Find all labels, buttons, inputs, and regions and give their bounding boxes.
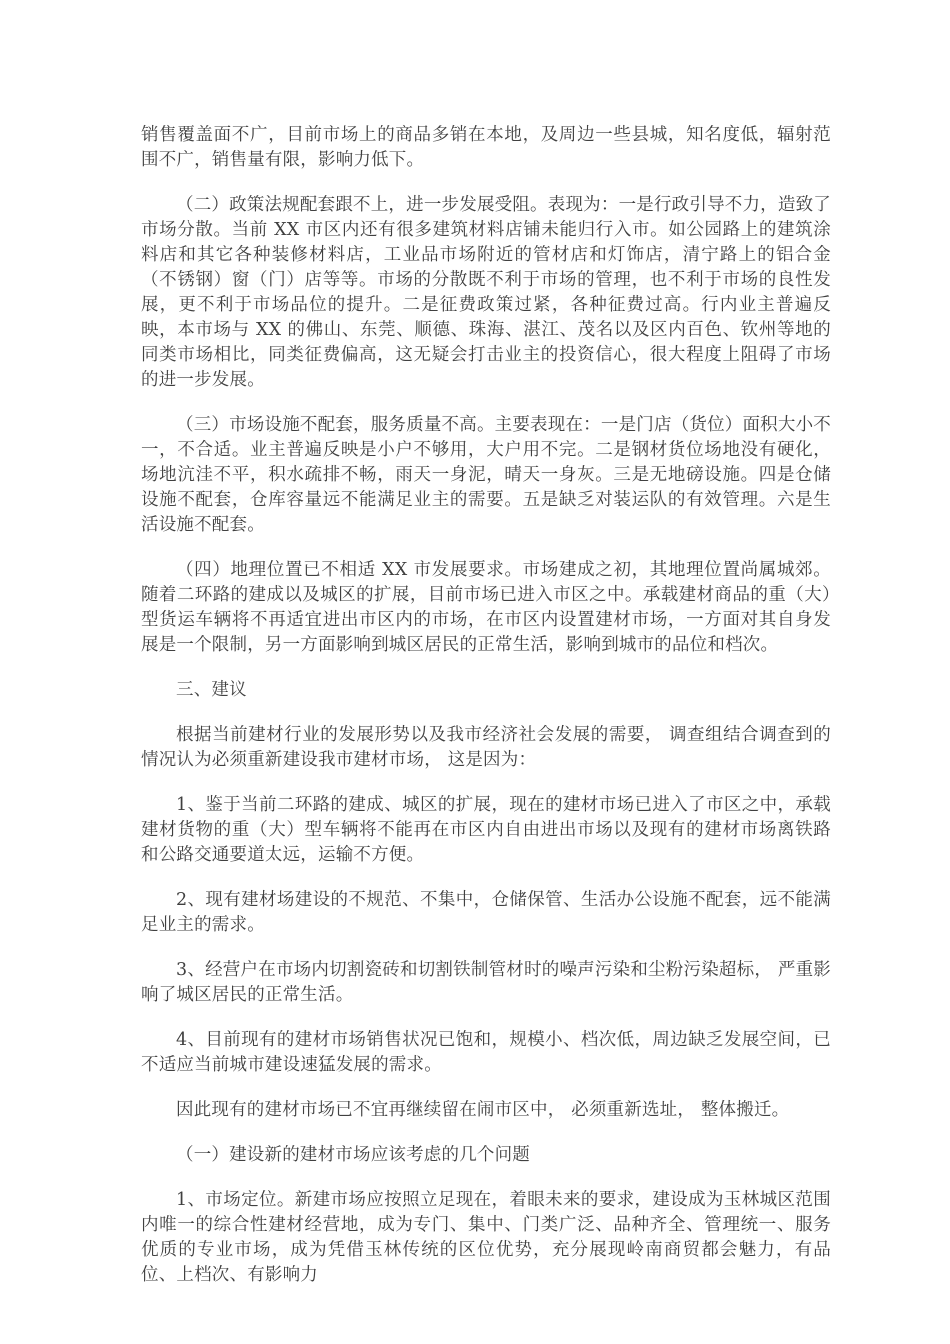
paragraph-reason-4: 4、目前现有的建材市场销售状况已饱和，规模小、档次低，周边缺乏发展空间，已不适应… <box>141 1028 831 1078</box>
paragraph-reason-3: 3、经营户在市场内切割瓷砖和切割铁制管材时的噪声污染和尘粉污染超标， 严重影响了… <box>141 958 831 1008</box>
paragraph-sales-coverage-continuation: 销售覆盖面不广，目前市场上的商品多销在本地，及周边一些县城，知名度低，辐射范围不… <box>141 123 831 173</box>
paragraph-section-4-location: （四）地理位置已不相适 XX 市发展要求。市场建成之初，其地理位置尚属城郊。随着… <box>141 558 831 658</box>
paragraph-suggestions-basis: 根据当前建材行业的发展形势以及我市经济社会发展的需要， 调查组结合调查到的情况认… <box>141 723 831 773</box>
heading-issues-to-consider: （一）建设新的建材市场应该考虑的几个问题 <box>141 1143 831 1168</box>
paragraph-reason-2: 2、现有建材场建设的不规范、不集中，仓储保管、生活办公设施不配套，远不能满足业主… <box>141 888 831 938</box>
paragraph-reason-1: 1、鉴于当前二环路的建成、城区的扩展，现在的建材市场已进入了市区之中，承载建材货… <box>141 793 831 868</box>
document-body: 销售覆盖面不广，目前市场上的商品多销在本地，及周边一些县城，知名度低，辐射范围不… <box>141 123 831 1308</box>
heading-suggestions: 三、建议 <box>141 678 831 703</box>
paragraph-section-3-facilities: （三）市场设施不配套，服务质量不高。主要表现在：一是门店（货位）面积大小不一，不… <box>141 413 831 538</box>
paragraph-market-positioning: 1、市场定位。新建市场应按照立足现在，着眼未来的要求，建设成为玉林城区范围内唯一… <box>141 1188 831 1288</box>
document-page: { "page": { "background_color": "#ffffff… <box>0 0 950 1344</box>
paragraph-relocation-conclusion: 因此现有的建材市场已不宜再继续留在闹市区中， 必须重新选址， 整体搬迁。 <box>141 1098 831 1123</box>
paragraph-section-2-policy: （二）政策法规配套跟不上，进一步发展受阻。表现为：一是行政引导不力，造致了市场分… <box>141 193 831 393</box>
